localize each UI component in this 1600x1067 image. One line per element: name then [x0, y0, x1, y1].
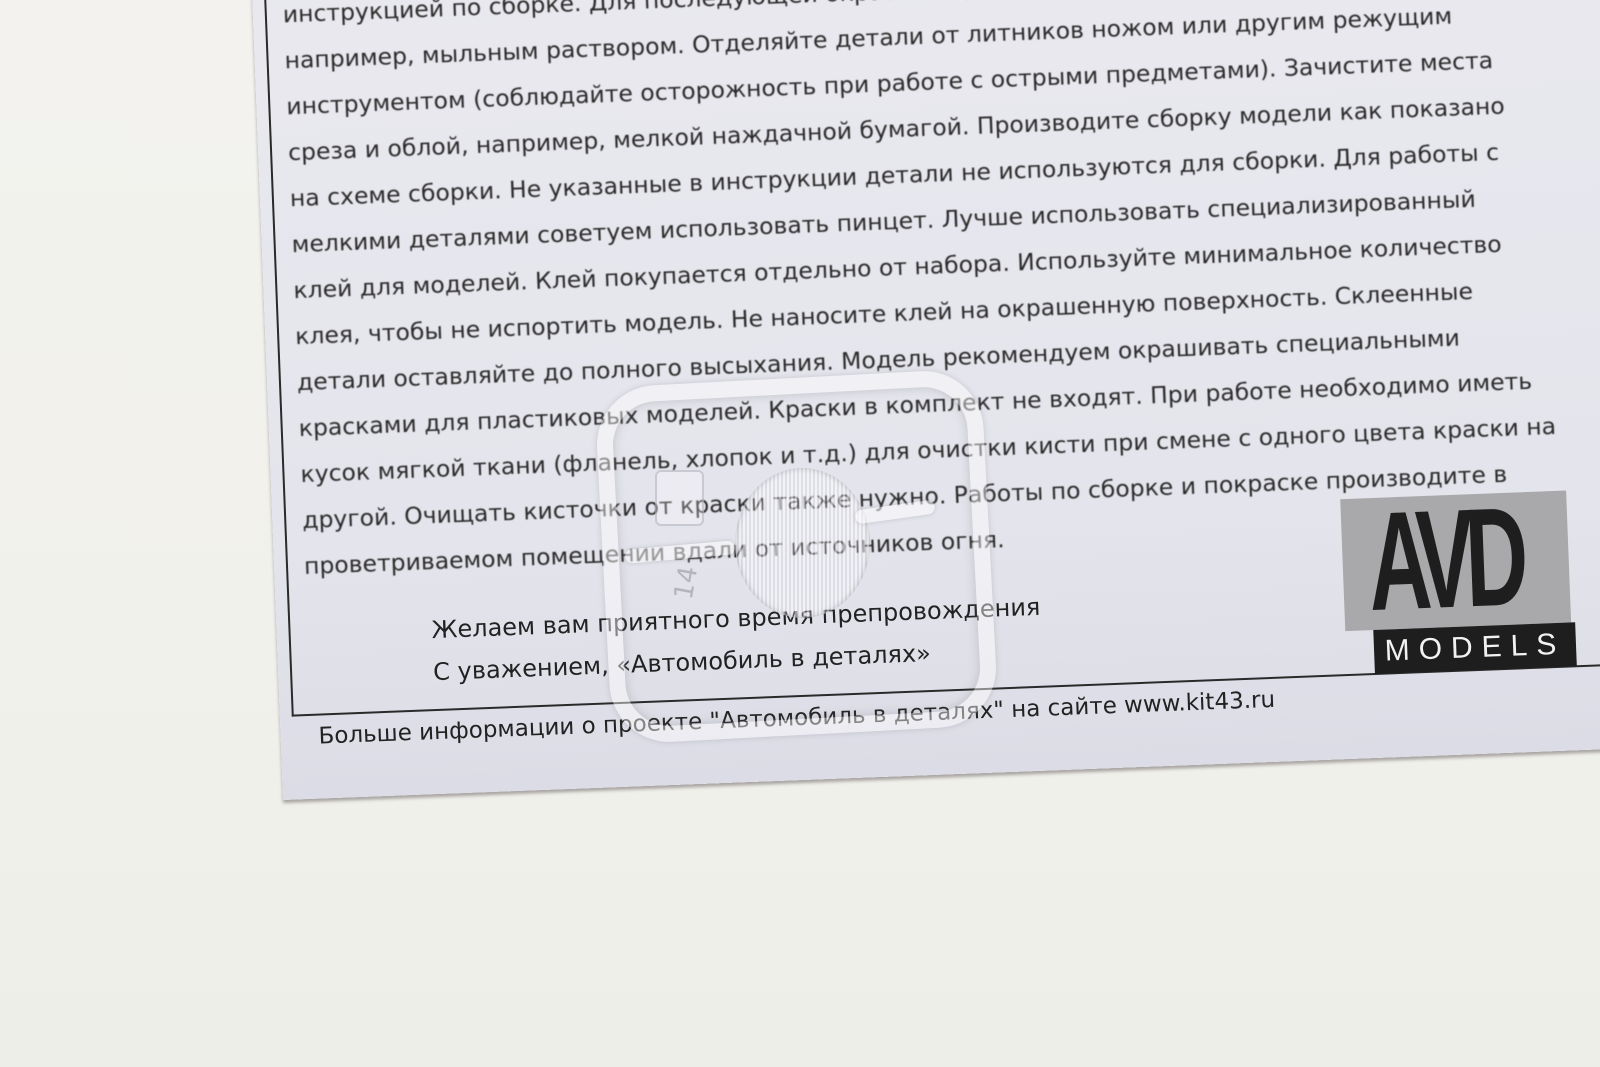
sprue-part-number: 14: [669, 564, 704, 602]
avd-models-logo: AVD MODELS: [1340, 490, 1576, 669]
logo-background: AVD: [1340, 491, 1571, 632]
headlight-lens-part: [735, 468, 870, 618]
sprue-tab: [655, 470, 704, 526]
logo-letters: AVD: [1366, 490, 1522, 628]
logo-subtitle: MODELS: [1373, 622, 1577, 674]
